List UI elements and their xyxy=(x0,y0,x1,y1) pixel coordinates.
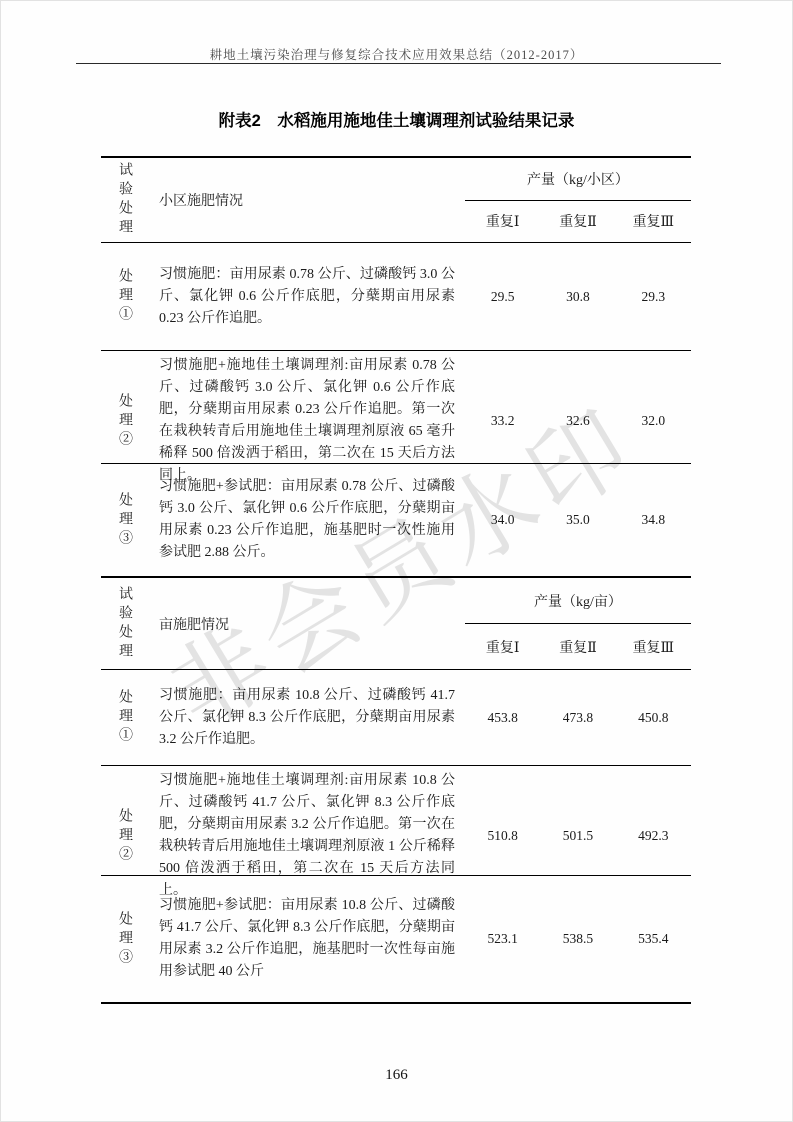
yield-value-rep3: 535.4 xyxy=(616,931,691,947)
yield-value-rep1: 523.1 xyxy=(465,931,540,947)
situation-column-header: 小区施肥情况 xyxy=(159,190,243,210)
header-cell-yield-group: 产量（kg/亩） 重复Ⅰ 重复Ⅱ 重复Ⅲ xyxy=(465,578,691,669)
results-table: 试验处理 小区施肥情况 产量（kg/小区） 重复Ⅰ 重复Ⅱ 重复Ⅲ xyxy=(101,156,691,1004)
document-page: 非会员水印 耕地土壤污染治理与修复综合技术应用效果总结（2012-2017） 附… xyxy=(0,0,793,1122)
fertilization-description: 习惯施肥：亩用尿素 0.78 公斤、过磷酸钙 3.0 公斤、氯化钾 0.6 公斤… xyxy=(159,264,455,330)
yield-value-rep1: 33.2 xyxy=(465,413,540,429)
treatment-column-header: 试验处理 xyxy=(117,586,131,662)
yield-values: 34.0 35.0 34.8 xyxy=(465,464,691,576)
yield-value-rep2: 501.5 xyxy=(540,828,615,844)
table-header-row: 试验处理 亩施肥情况 产量（kg/亩） 重复Ⅰ 重复Ⅱ 重复Ⅲ xyxy=(101,578,691,670)
replicate-headers: 重复Ⅰ 重复Ⅱ 重复Ⅲ xyxy=(465,201,691,243)
row-label-cell: 处理③ xyxy=(101,876,147,1002)
description-cell: 习惯施肥：亩用尿素 0.78 公斤、过磷酸钙 3.0 公斤、氯化钾 0.6 公斤… xyxy=(147,243,465,350)
running-head-rule xyxy=(76,63,721,64)
table-row: 处理③ 习惯施肥+参试肥：亩用尿素 10.8 公斤、过磷酸钙 41.7 公斤、氯… xyxy=(101,875,691,1002)
page-number: 166 xyxy=(1,1067,792,1084)
row-label-cell: 处理① xyxy=(101,670,147,765)
header-cell-treatment: 试验处理 xyxy=(101,578,147,669)
table-row: 处理② 习惯施肥+施地佳土壤调理剂:亩用尿素 10.8 公斤、过磷酸钙 41.7… xyxy=(101,765,691,875)
rep1-header: 重复Ⅰ xyxy=(465,211,540,231)
yield-value-rep1: 29.5 xyxy=(465,289,540,305)
treatment-label: 处理② xyxy=(117,393,131,450)
fertilization-description: 习惯施肥+参试肥：亩用尿素 10.8 公斤、过磷酸钙 41.7 公斤、氯化钾 8… xyxy=(159,895,455,983)
header-cell-yield-group: 产量（kg/小区） 重复Ⅰ 重复Ⅱ 重复Ⅲ xyxy=(465,158,691,242)
yield-group-header: 产量（kg/亩） xyxy=(465,578,691,624)
description-cell: 习惯施肥+参试肥：亩用尿素 0.78 公斤、过磷酸钙 3.0 公斤、氯化钾 0.… xyxy=(147,464,465,576)
rep3-header: 重复Ⅲ xyxy=(616,637,691,657)
table-title: 附表2 水稻施用施地佳土壤调理剂试验结果记录 xyxy=(1,107,792,131)
table-section-plot: 试验处理 小区施肥情况 产量（kg/小区） 重复Ⅰ 重复Ⅱ 重复Ⅲ xyxy=(101,158,691,576)
fertilization-description: 习惯施肥+参试肥：亩用尿素 0.78 公斤、过磷酸钙 3.0 公斤、氯化钾 0.… xyxy=(159,476,455,564)
description-cell: 习惯施肥+参试肥：亩用尿素 10.8 公斤、过磷酸钙 41.7 公斤、氯化钾 8… xyxy=(147,876,465,1002)
yield-value-rep2: 473.8 xyxy=(540,710,615,726)
row-label-cell: 处理③ xyxy=(101,464,147,576)
table-header-row: 试验处理 小区施肥情况 产量（kg/小区） 重复Ⅰ 重复Ⅱ 重复Ⅲ xyxy=(101,158,691,243)
rep2-header: 重复Ⅱ xyxy=(540,211,615,231)
yield-value-rep2: 35.0 xyxy=(540,512,615,528)
table-section-mu: 试验处理 亩施肥情况 产量（kg/亩） 重复Ⅰ 重复Ⅱ 重复Ⅲ xyxy=(101,576,691,1002)
row-label-cell: 处理① xyxy=(101,243,147,350)
yield-values: 523.1 538.5 535.4 xyxy=(465,876,691,1002)
yield-value-rep1: 34.0 xyxy=(465,512,540,528)
yield-value-rep3: 32.0 xyxy=(616,413,691,429)
treatment-column-header: 试验处理 xyxy=(117,162,131,238)
description-cell: 习惯施肥：亩用尿素 10.8 公斤、过磷酸钙 41.7 公斤、氯化钾 8.3 公… xyxy=(147,670,465,765)
rep2-header: 重复Ⅱ xyxy=(540,637,615,657)
replicate-headers: 重复Ⅰ 重复Ⅱ 重复Ⅲ xyxy=(465,624,691,669)
rep1-header: 重复Ⅰ xyxy=(465,637,540,657)
yield-value-rep2: 538.5 xyxy=(540,931,615,947)
yield-values: 29.5 30.8 29.3 xyxy=(465,243,691,350)
rep3-header: 重复Ⅲ xyxy=(616,211,691,231)
treatment-label: 处理③ xyxy=(117,911,131,968)
table-row: 处理① 习惯施肥：亩用尿素 0.78 公斤、过磷酸钙 3.0 公斤、氯化钾 0.… xyxy=(101,243,691,350)
treatment-label: 处理① xyxy=(117,268,131,325)
yield-value-rep1: 453.8 xyxy=(465,710,540,726)
table-row: 处理① 习惯施肥：亩用尿素 10.8 公斤、过磷酸钙 41.7 公斤、氯化钾 8… xyxy=(101,670,691,765)
situation-column-header: 亩施肥情况 xyxy=(159,614,229,634)
yield-value-rep3: 34.8 xyxy=(616,512,691,528)
yield-value-rep3: 492.3 xyxy=(616,828,691,844)
header-cell-situation: 小区施肥情况 xyxy=(147,158,465,242)
yield-group-header: 产量（kg/小区） xyxy=(465,158,691,201)
treatment-label: 处理① xyxy=(117,689,131,746)
treatment-label: 处理③ xyxy=(117,492,131,549)
table-row: 处理② 习惯施肥+施地佳土壤调理剂:亩用尿素 0.78 公斤、过磷酸钙 3.0 … xyxy=(101,350,691,463)
yield-values: 453.8 473.8 450.8 xyxy=(465,670,691,765)
fertilization-description: 习惯施肥：亩用尿素 10.8 公斤、过磷酸钙 41.7 公斤、氯化钾 8.3 公… xyxy=(159,685,455,751)
yield-value-rep2: 30.8 xyxy=(540,289,615,305)
treatment-label: 处理② xyxy=(117,808,131,865)
yield-value-rep3: 450.8 xyxy=(616,710,691,726)
yield-value-rep2: 32.6 xyxy=(540,413,615,429)
header-cell-treatment: 试验处理 xyxy=(101,158,147,242)
running-head: 耕地土壤污染治理与修复综合技术应用效果总结（2012-2017） xyxy=(1,45,792,63)
yield-value-rep1: 510.8 xyxy=(465,828,540,844)
header-cell-situation: 亩施肥情况 xyxy=(147,578,465,669)
table-row: 处理③ 习惯施肥+参试肥：亩用尿素 0.78 公斤、过磷酸钙 3.0 公斤、氯化… xyxy=(101,463,691,576)
yield-value-rep3: 29.3 xyxy=(616,289,691,305)
